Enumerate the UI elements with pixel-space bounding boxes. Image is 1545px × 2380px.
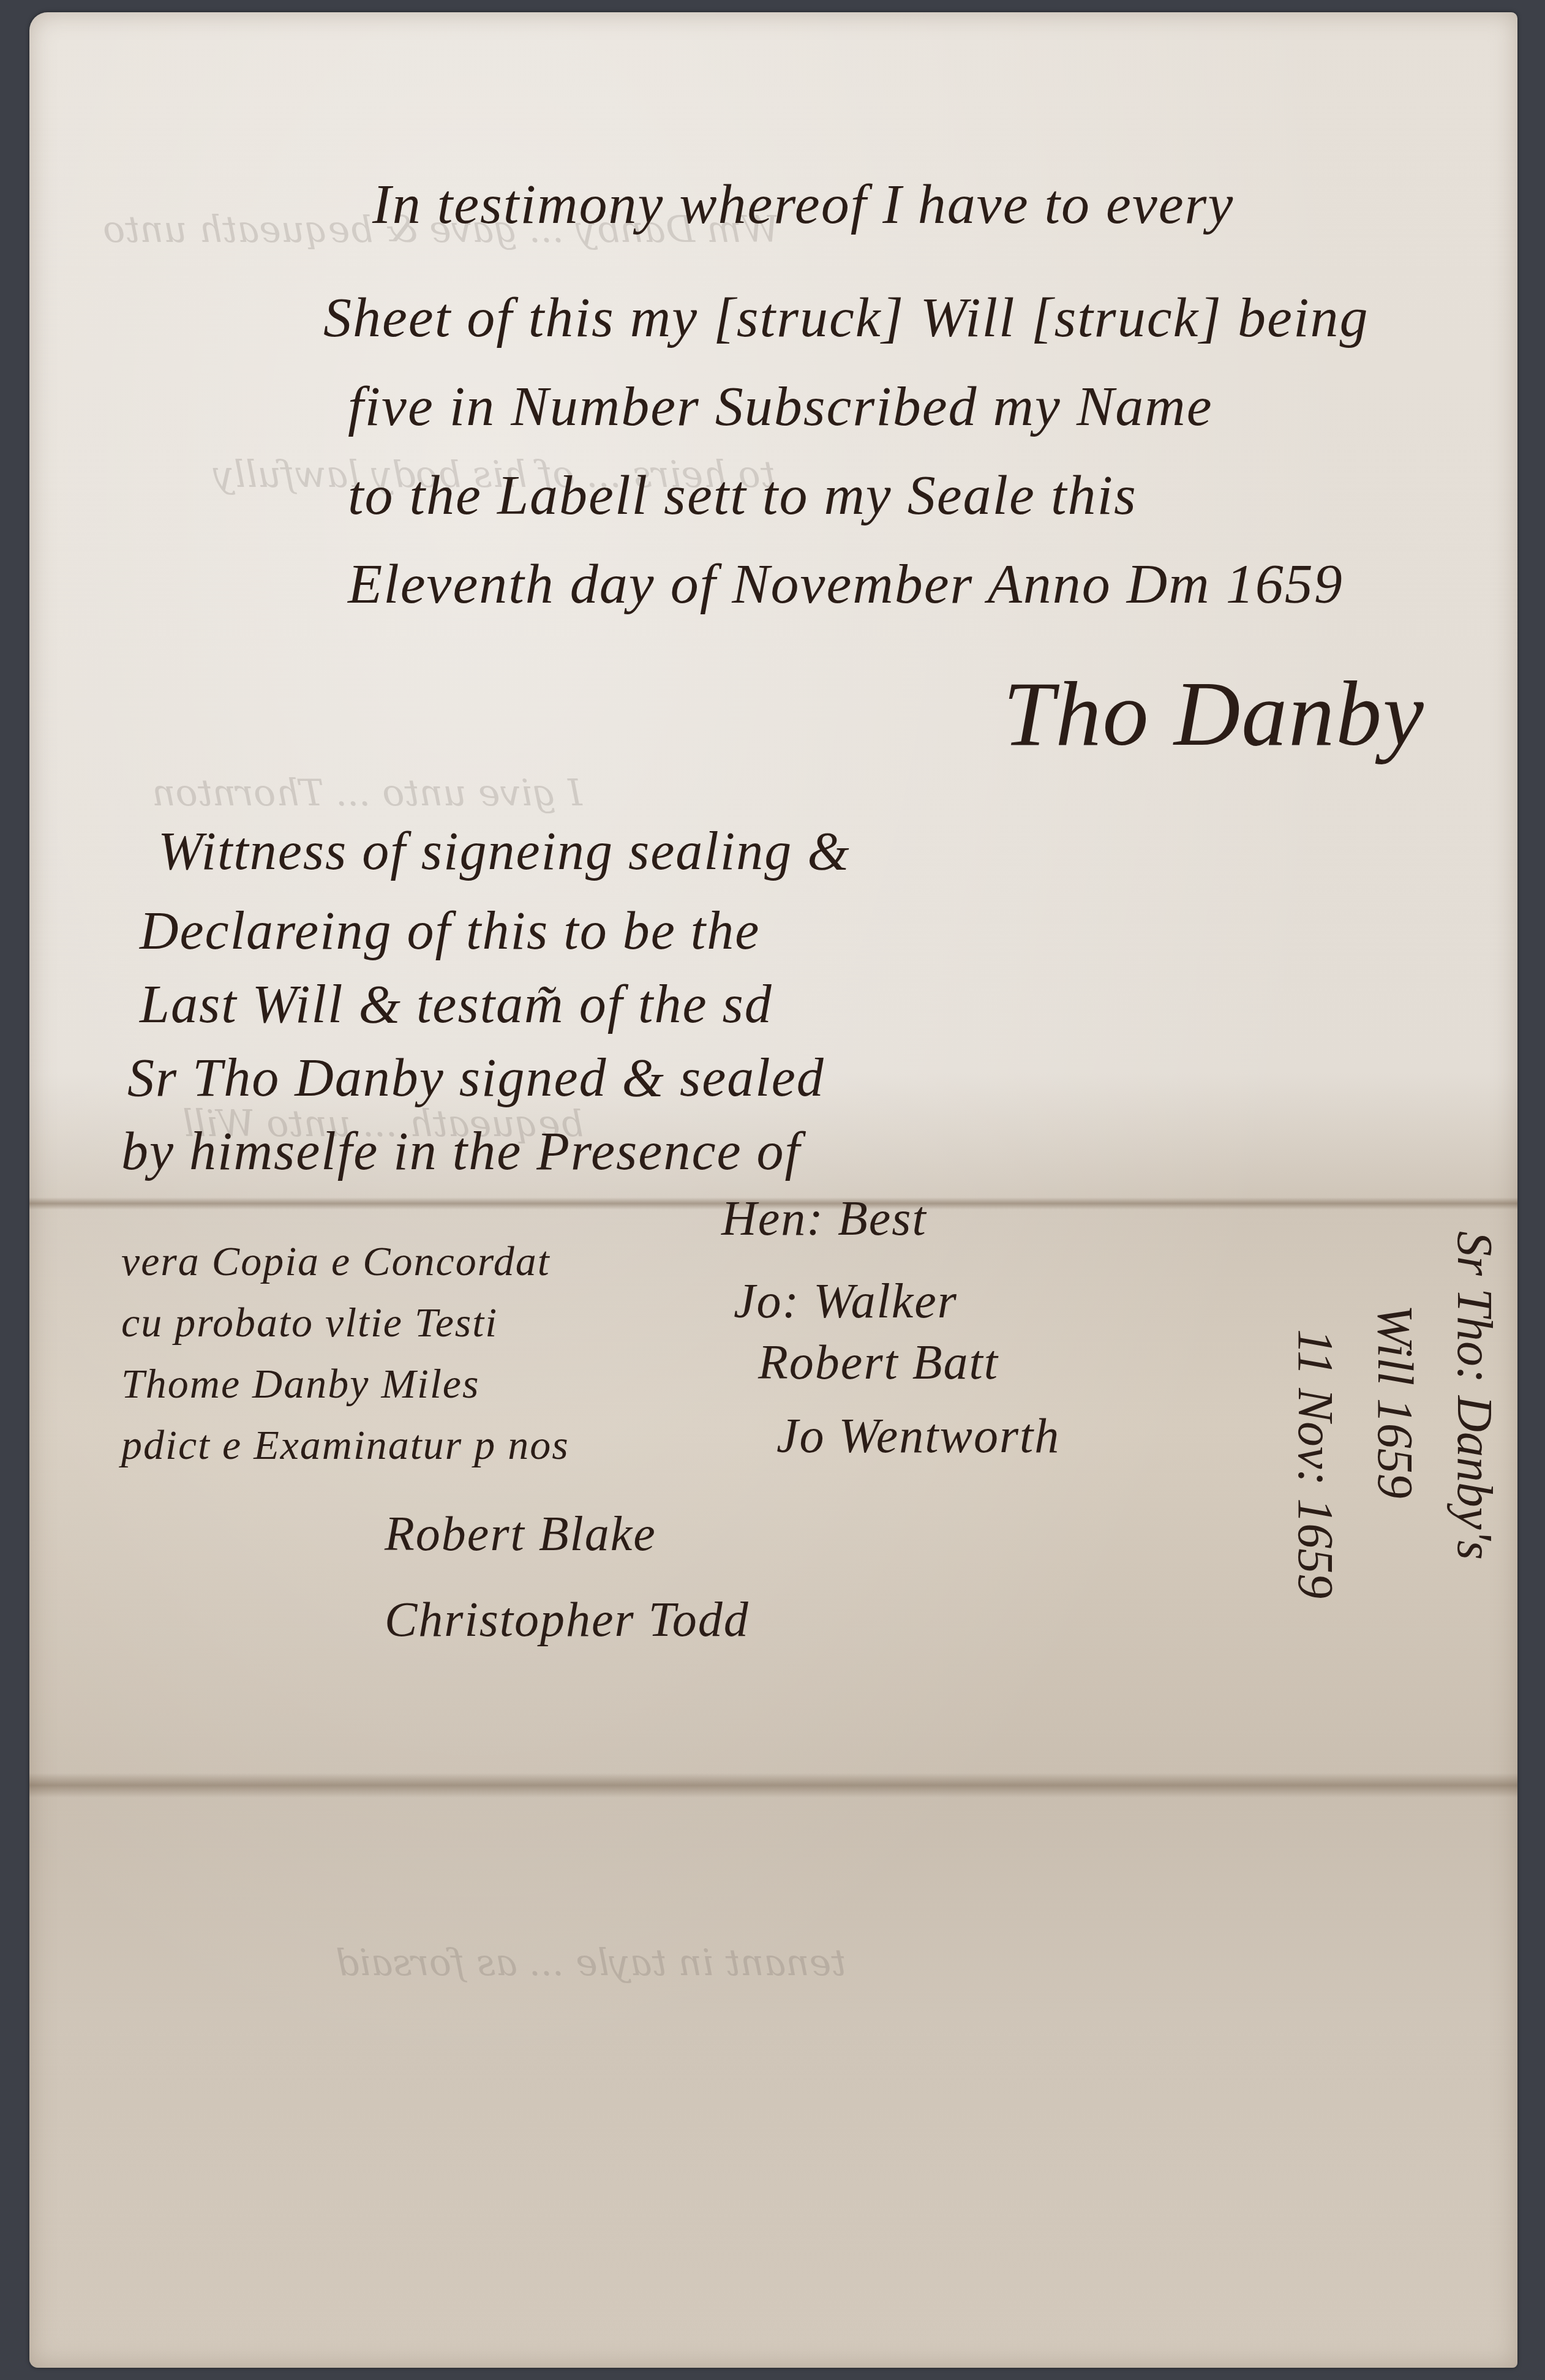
testimonium-line-1: In testimony whereof I have to every [372,171,1234,236]
probate-note-line-1: vera Copia e Concordat [121,1237,551,1286]
attestation-line-4: Sr Tho Danby signed & sealed [127,1047,825,1109]
witness-signature: Hen: Best [721,1191,927,1247]
attestation-line-2: Declareing of this to be the [140,900,760,962]
bleed-through-text: I give unto ... Thornton [152,772,582,815]
testator-signature: Tho Danby [1003,661,1425,767]
testimonium-line-4: to the Labell sett to my Seale this [348,462,1137,527]
manuscript-page: Wm Danby ... gave & bequeath unto to hei… [29,12,1517,2368]
fold-crease-lower [29,1773,1517,1798]
witness-signature: Jo Wentworth [776,1409,1060,1464]
testimonium-line-2: Sheet of this my [struck] Will [struck] … [323,285,1369,350]
bleed-through-text: tenant in tayle ... as forsaid [336,1941,846,1984]
witness-signature: Robert Blake [385,1507,656,1562]
endorsement-line-1: Sr Tho: Danby's [1435,1231,1514,1599]
endorsement-line-2: Will 1659 [1355,1231,1435,1599]
testimonium-line-3: five in Number Subscribed my Name [348,374,1213,439]
attestation-line-5: by himselfe in the Presence of [121,1121,801,1183]
endorsement-line-3: 11 Nov: 1659 [1276,1231,1355,1599]
docket-endorsement: Sr Tho: Danby's Will 1659 11 Nov: 1659 [1276,1231,1514,1599]
attestation-line-3: Last Will & testam̃ of the sd [140,974,773,1036]
probate-note-line-3: Thome Danby Miles [121,1360,479,1408]
witness-signature: Robert Batt [758,1335,999,1391]
testimonium-line-5: Eleventh day of November Anno Dm 1659 [348,551,1344,616]
witness-signature: Jo: Walker [734,1274,958,1330]
witness-signature: Christopher Todd [385,1592,750,1648]
probate-note-line-2: cu probato vltie Testi [121,1298,498,1347]
attestation-line-1: Wittness of signeing sealing & [158,821,851,883]
probate-note-line-4: pdict e Examinatur p nos [121,1421,570,1469]
